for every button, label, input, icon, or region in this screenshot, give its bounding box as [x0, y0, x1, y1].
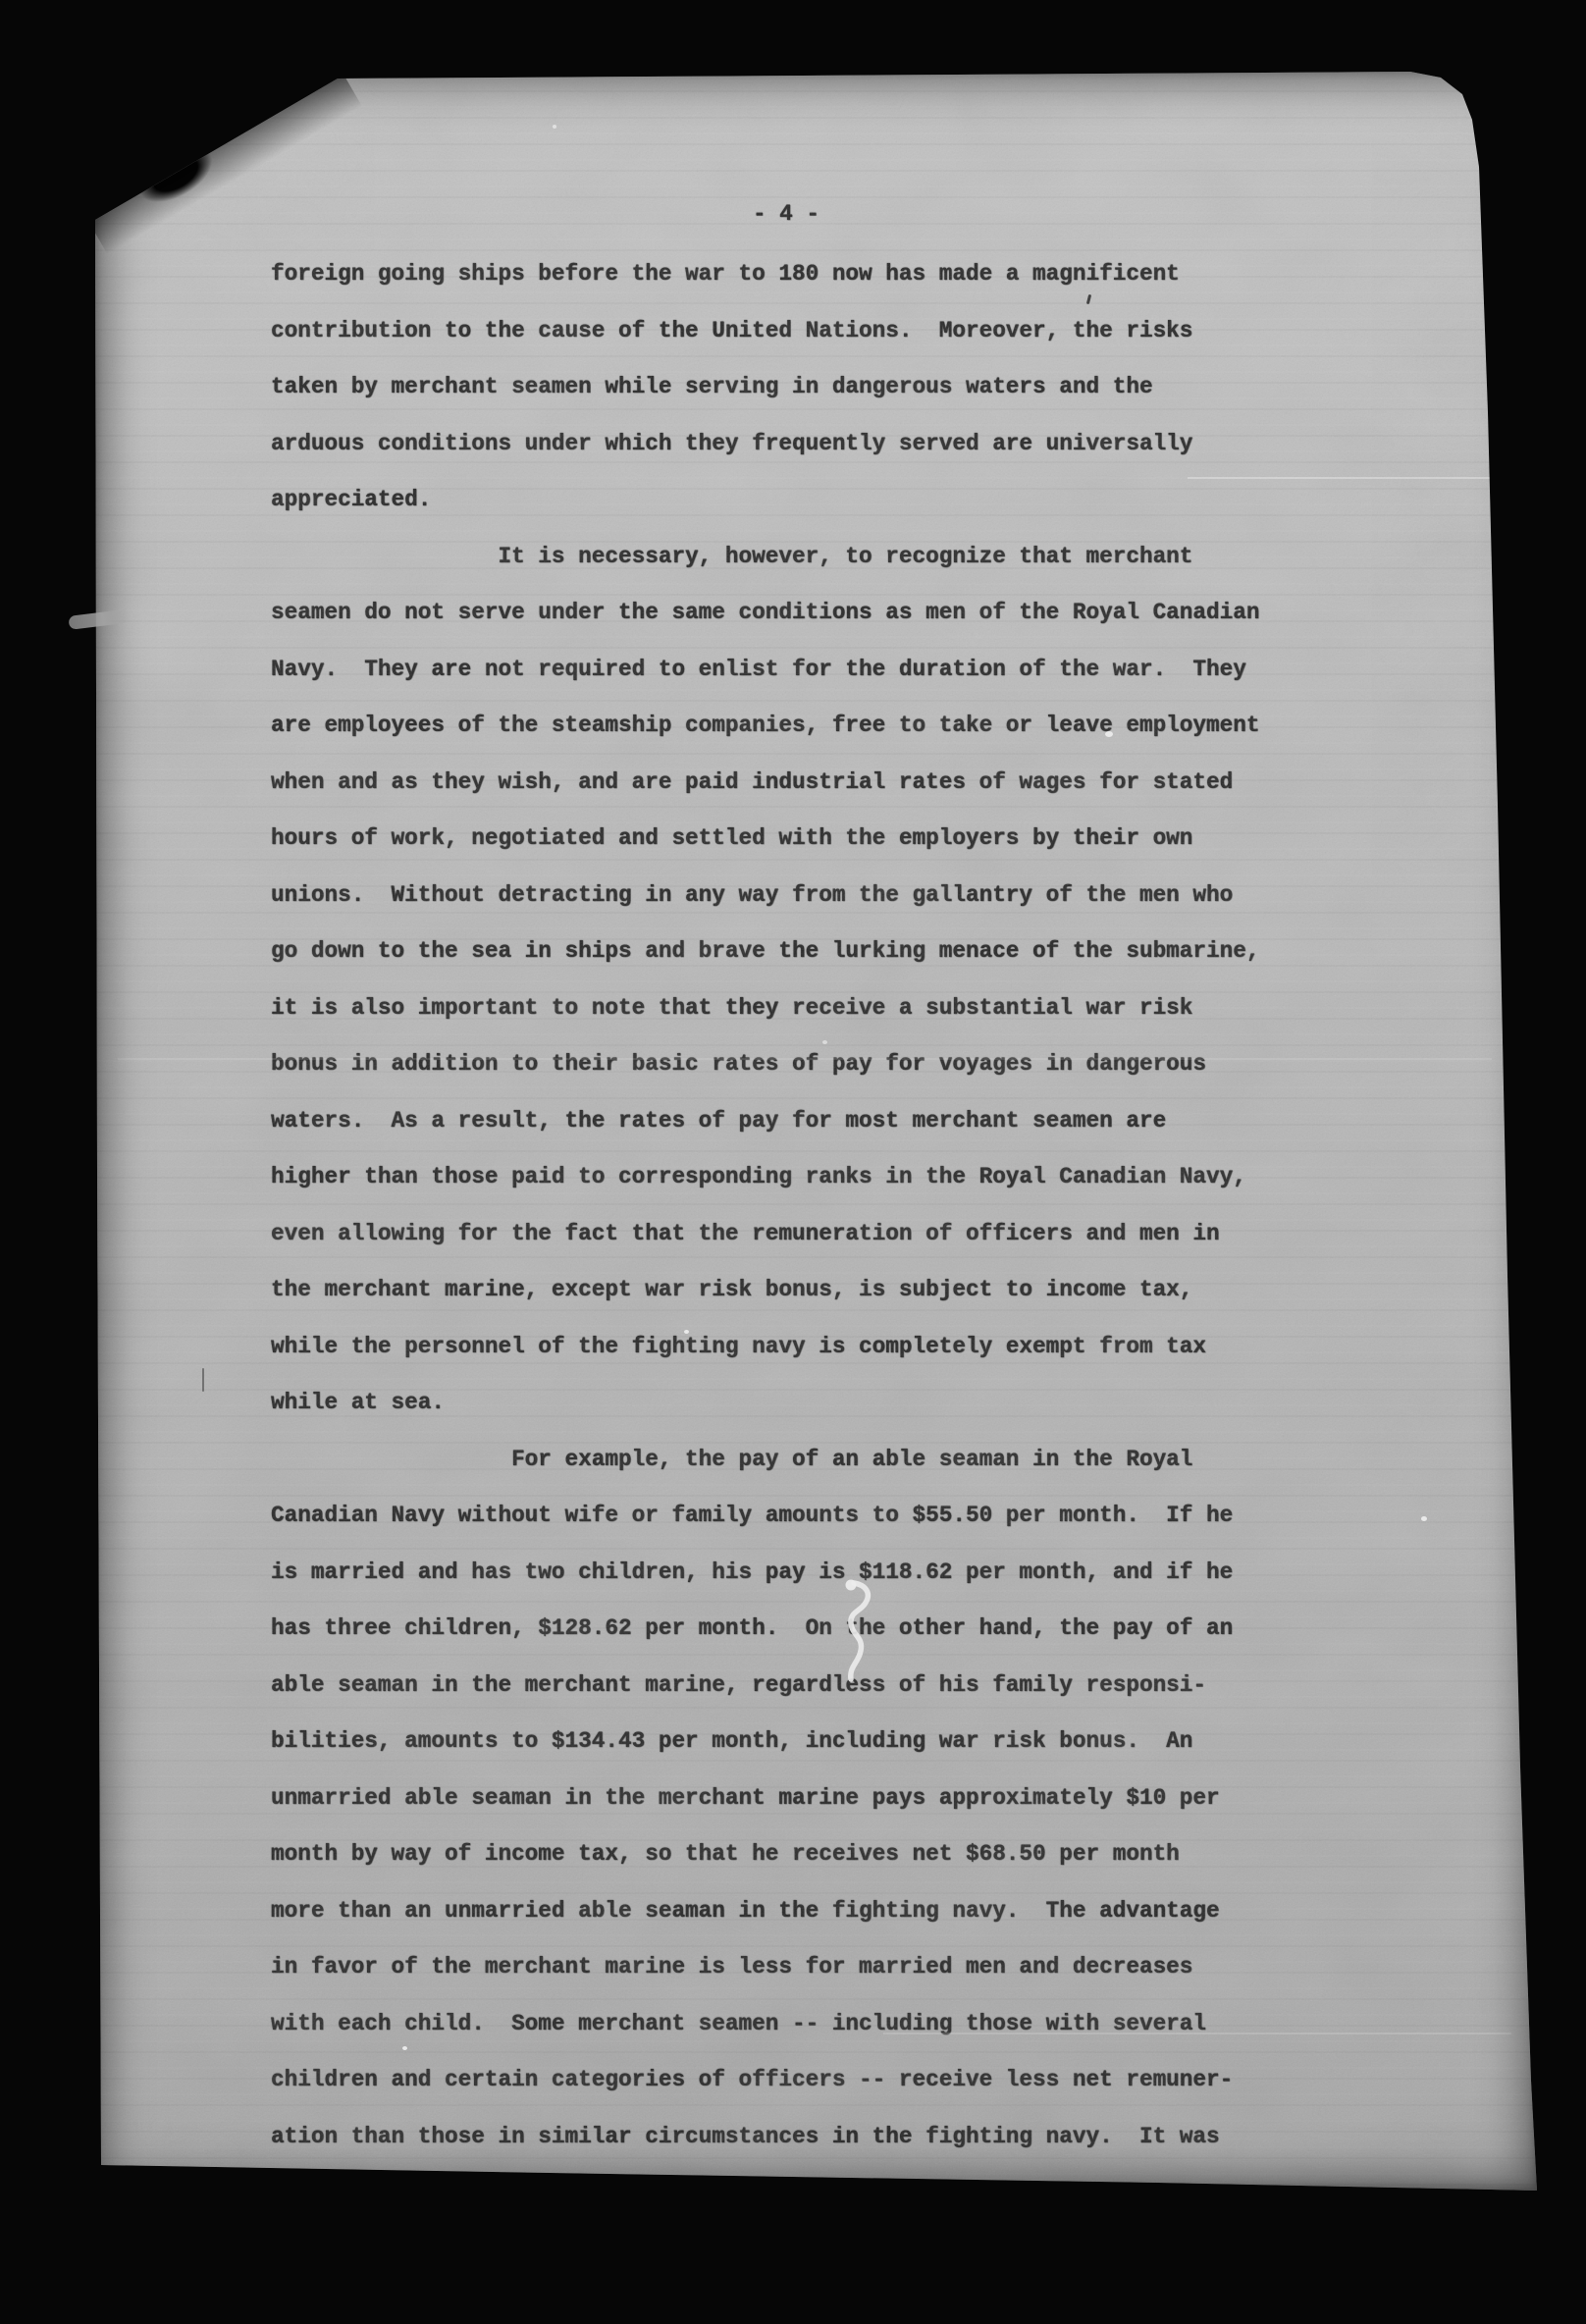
paper-speck [1421, 1516, 1427, 1521]
margin-pen-mark [202, 1368, 204, 1392]
page-number: - 4 - [285, 186, 1288, 243]
corner-notch-blob [130, 135, 221, 213]
typed-body-text: foreign going ships before the war to 18… [271, 246, 1292, 2165]
document-page: - 4 - foreign going ships before the war… [0, 0, 1586, 2324]
scanned-page-background: - 4 - foreign going ships before the war… [0, 0, 1586, 2324]
